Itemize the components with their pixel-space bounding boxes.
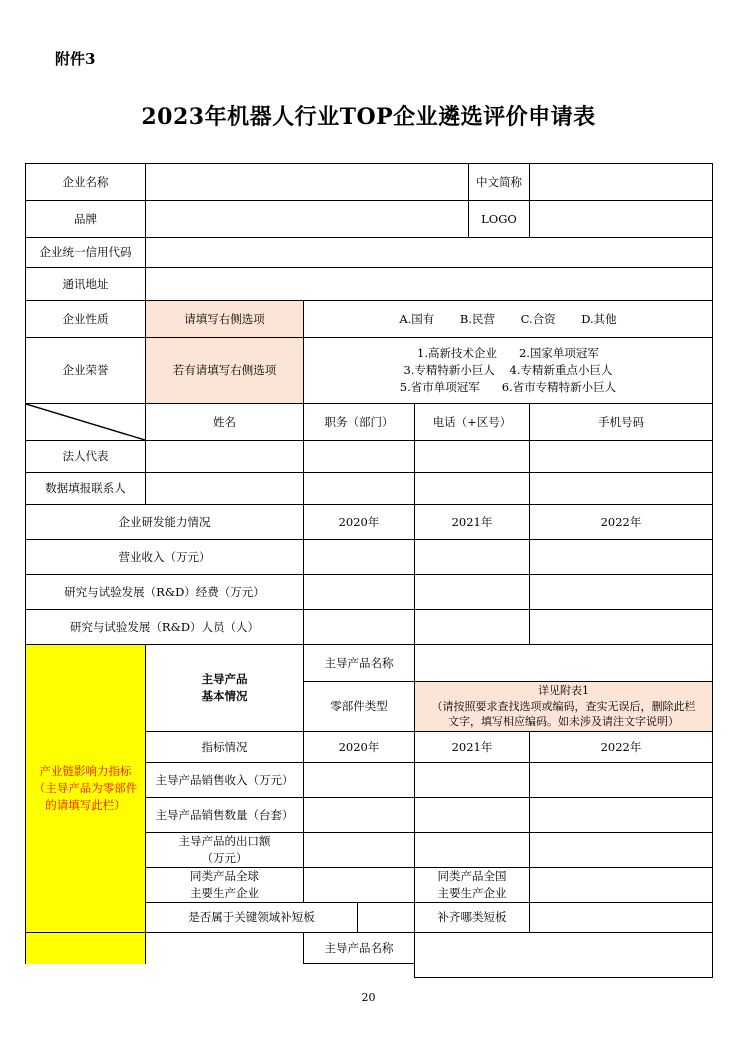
rd-staff-2022-input[interactable] (530, 610, 713, 645)
table-row: 企业统一信用代码 (26, 238, 713, 268)
company-name-input[interactable] (146, 164, 469, 201)
table-truncation-line (414, 963, 415, 978)
nature-hint-cell[interactable]: 请填写右侧选项 (146, 301, 304, 338)
indicator-year-2021: 2021年 (415, 732, 530, 763)
contact-name-header: 姓名 (146, 404, 304, 441)
shortboard-label: 是否属于关键领域补短板 (146, 903, 358, 933)
logo-input[interactable] (530, 201, 713, 238)
honor-options: 1.高新技术企业 2.国家单项冠军 3.专精特新小巨人 4.专精新重点小巨人 5… (304, 338, 713, 404)
nature-label: 企业性质 (26, 301, 146, 338)
address-input[interactable] (146, 268, 713, 301)
global-producers-input[interactable] (304, 868, 415, 903)
nature-options: A.国有 B.民营 C.合资 D.其他 (304, 301, 713, 338)
next-section-empty-cell (146, 933, 304, 964)
table-row: 姓名 职务（部门） 电话（+区号） 手机号码 (26, 404, 713, 441)
table-row: 品牌 LOGO (26, 201, 713, 238)
legal-rep-mobile-input[interactable] (530, 441, 713, 473)
contact-phone-header: 电话（+区号） (415, 404, 530, 441)
indicator-label: 指标情况 (146, 732, 304, 763)
rd-staff-2021-input[interactable] (415, 610, 530, 645)
rd-expense-label: 研究与试验发展（R&D）经费（万元） (26, 575, 304, 610)
table-row: 法人代表 (26, 441, 713, 473)
contact-title-header: 职务（部门） (304, 404, 415, 441)
table-row: 研究与试验发展（R&D）人员（人） (26, 610, 713, 645)
cn-abbr-input[interactable] (530, 164, 713, 201)
indicator-year-2022: 2022年 (530, 732, 713, 763)
data-contact-mobile-input[interactable] (530, 473, 713, 505)
cn-abbr-label: 中文简称 (469, 164, 530, 201)
component-type-note-cell[interactable]: 详见附表1 （请按照要求查找选项或编码，查实无误后，删除此栏 文字，填写相应编码… (415, 682, 713, 732)
rd-staff-label: 研究与试验发展（R&D）人员（人） (26, 610, 304, 645)
sales-revenue-2020-input[interactable] (304, 763, 415, 798)
sales-volume-2020-input[interactable] (304, 798, 415, 833)
next-product-name-label: 主导产品名称 (304, 933, 415, 964)
legal-rep-title-input[interactable] (304, 441, 415, 473)
application-form-table: 企业名称 中文简称 品牌 LOGO 企业统一信用代码 通讯地址 企业性质 请填写… (25, 163, 713, 964)
diagonal-header-cell (26, 404, 146, 441)
rd-year-2022: 2022年 (530, 505, 713, 540)
export-2021-input[interactable] (415, 833, 530, 868)
legal-rep-label: 法人代表 (26, 441, 146, 473)
data-contact-name-input[interactable] (146, 473, 304, 505)
revenue-2020-input[interactable] (304, 540, 415, 575)
page-title: 2023年机器人行业TOP企业遴选评价申请表 (0, 100, 737, 131)
rd-section-label: 企业研发能力情况 (26, 505, 304, 540)
table-row: 企业性质 请填写右侧选项 A.国有 B.民营 C.合资 D.其他 (26, 301, 713, 338)
credit-code-label: 企业统一信用代码 (26, 238, 146, 268)
data-contact-title-input[interactable] (304, 473, 415, 505)
product-basic-label: 主导产品 基本情况 (146, 645, 304, 732)
table-row: 企业名称 中文简称 (26, 164, 713, 201)
national-producers-input[interactable] (530, 868, 713, 903)
diagonal-line-icon (26, 404, 145, 440)
document-page: 附件3 2023年机器人行业TOP企业遴选评价申请表 企业名称 中文简称 品牌 … (0, 0, 737, 1040)
sales-volume-2022-input[interactable] (530, 798, 713, 833)
legal-rep-phone-input[interactable] (415, 441, 530, 473)
rd-year-2021: 2021年 (415, 505, 530, 540)
contact-mobile-header: 手机号码 (530, 404, 713, 441)
industry-chain-side-label: 产业链影响力指标 （主导产品为零部件 的请填写此栏） (26, 645, 146, 933)
sales-revenue-2021-input[interactable] (415, 763, 530, 798)
table-row: 企业荣誉 若有请填写右侧选项 1.高新技术企业 2.国家单项冠军 3.专精特新小… (26, 338, 713, 404)
export-label: 主导产品的出口额 （万元） (146, 833, 304, 868)
revenue-label: 营业收入（万元） (26, 540, 304, 575)
industry-chain-side-label-2 (26, 933, 146, 964)
table-row: 研究与试验发展（R&D）经费（万元） (26, 575, 713, 610)
next-product-name-input[interactable] (415, 933, 713, 964)
shortboard-input[interactable] (358, 903, 415, 933)
shortboard-type-label: 补齐哪类短板 (415, 903, 530, 933)
company-name-label: 企业名称 (26, 164, 146, 201)
logo-label: LOGO (469, 201, 530, 238)
brand-label: 品牌 (26, 201, 146, 238)
sales-revenue-label: 主导产品销售收入（万元） (146, 763, 304, 798)
component-type-label: 零部件类型 (304, 682, 415, 732)
rd-expense-2021-input[interactable] (415, 575, 530, 610)
sales-volume-2021-input[interactable] (415, 798, 530, 833)
indicator-year-2020: 2020年 (304, 732, 415, 763)
global-producers-label: 同类产品全球 主要生产企业 (146, 868, 304, 903)
data-contact-label: 数据填报联系人 (26, 473, 146, 505)
table-row: 产业链影响力指标 （主导产品为零部件 的请填写此栏） 主导产品 基本情况 主导产… (26, 645, 713, 682)
table-truncation-line (712, 963, 713, 978)
product-name-input[interactable] (415, 645, 713, 682)
table-truncation-line (414, 977, 713, 978)
rd-year-2020: 2020年 (304, 505, 415, 540)
revenue-2022-input[interactable] (530, 540, 713, 575)
honor-label: 企业荣誉 (26, 338, 146, 404)
table-row: 通讯地址 (26, 268, 713, 301)
address-label: 通讯地址 (26, 268, 146, 301)
legal-rep-name-input[interactable] (146, 441, 304, 473)
table-row: 企业研发能力情况 2020年 2021年 2022年 (26, 505, 713, 540)
rd-expense-2020-input[interactable] (304, 575, 415, 610)
export-2022-input[interactable] (530, 833, 713, 868)
shortboard-type-input[interactable] (530, 903, 713, 933)
product-name-label: 主导产品名称 (304, 645, 415, 682)
table-row: 数据填报联系人 (26, 473, 713, 505)
table-row: 营业收入（万元） (26, 540, 713, 575)
sales-revenue-2022-input[interactable] (530, 763, 713, 798)
brand-input[interactable] (146, 201, 469, 238)
national-producers-label: 同类产品全国 主要生产企业 (415, 868, 530, 903)
honor-hint-cell[interactable]: 若有请填写右侧选项 (146, 338, 304, 404)
sales-volume-label: 主导产品销售数量（台套） (146, 798, 304, 833)
revenue-2021-input[interactable] (415, 540, 530, 575)
rd-staff-2020-input[interactable] (304, 610, 415, 645)
page-number: 20 (0, 991, 737, 1004)
attachment-label: 附件3 (55, 48, 95, 69)
credit-code-input[interactable] (146, 238, 713, 268)
export-2020-input[interactable] (304, 833, 415, 868)
data-contact-phone-input[interactable] (415, 473, 530, 505)
rd-expense-2022-input[interactable] (530, 575, 713, 610)
table-row: 主导产品名称 (26, 933, 713, 964)
